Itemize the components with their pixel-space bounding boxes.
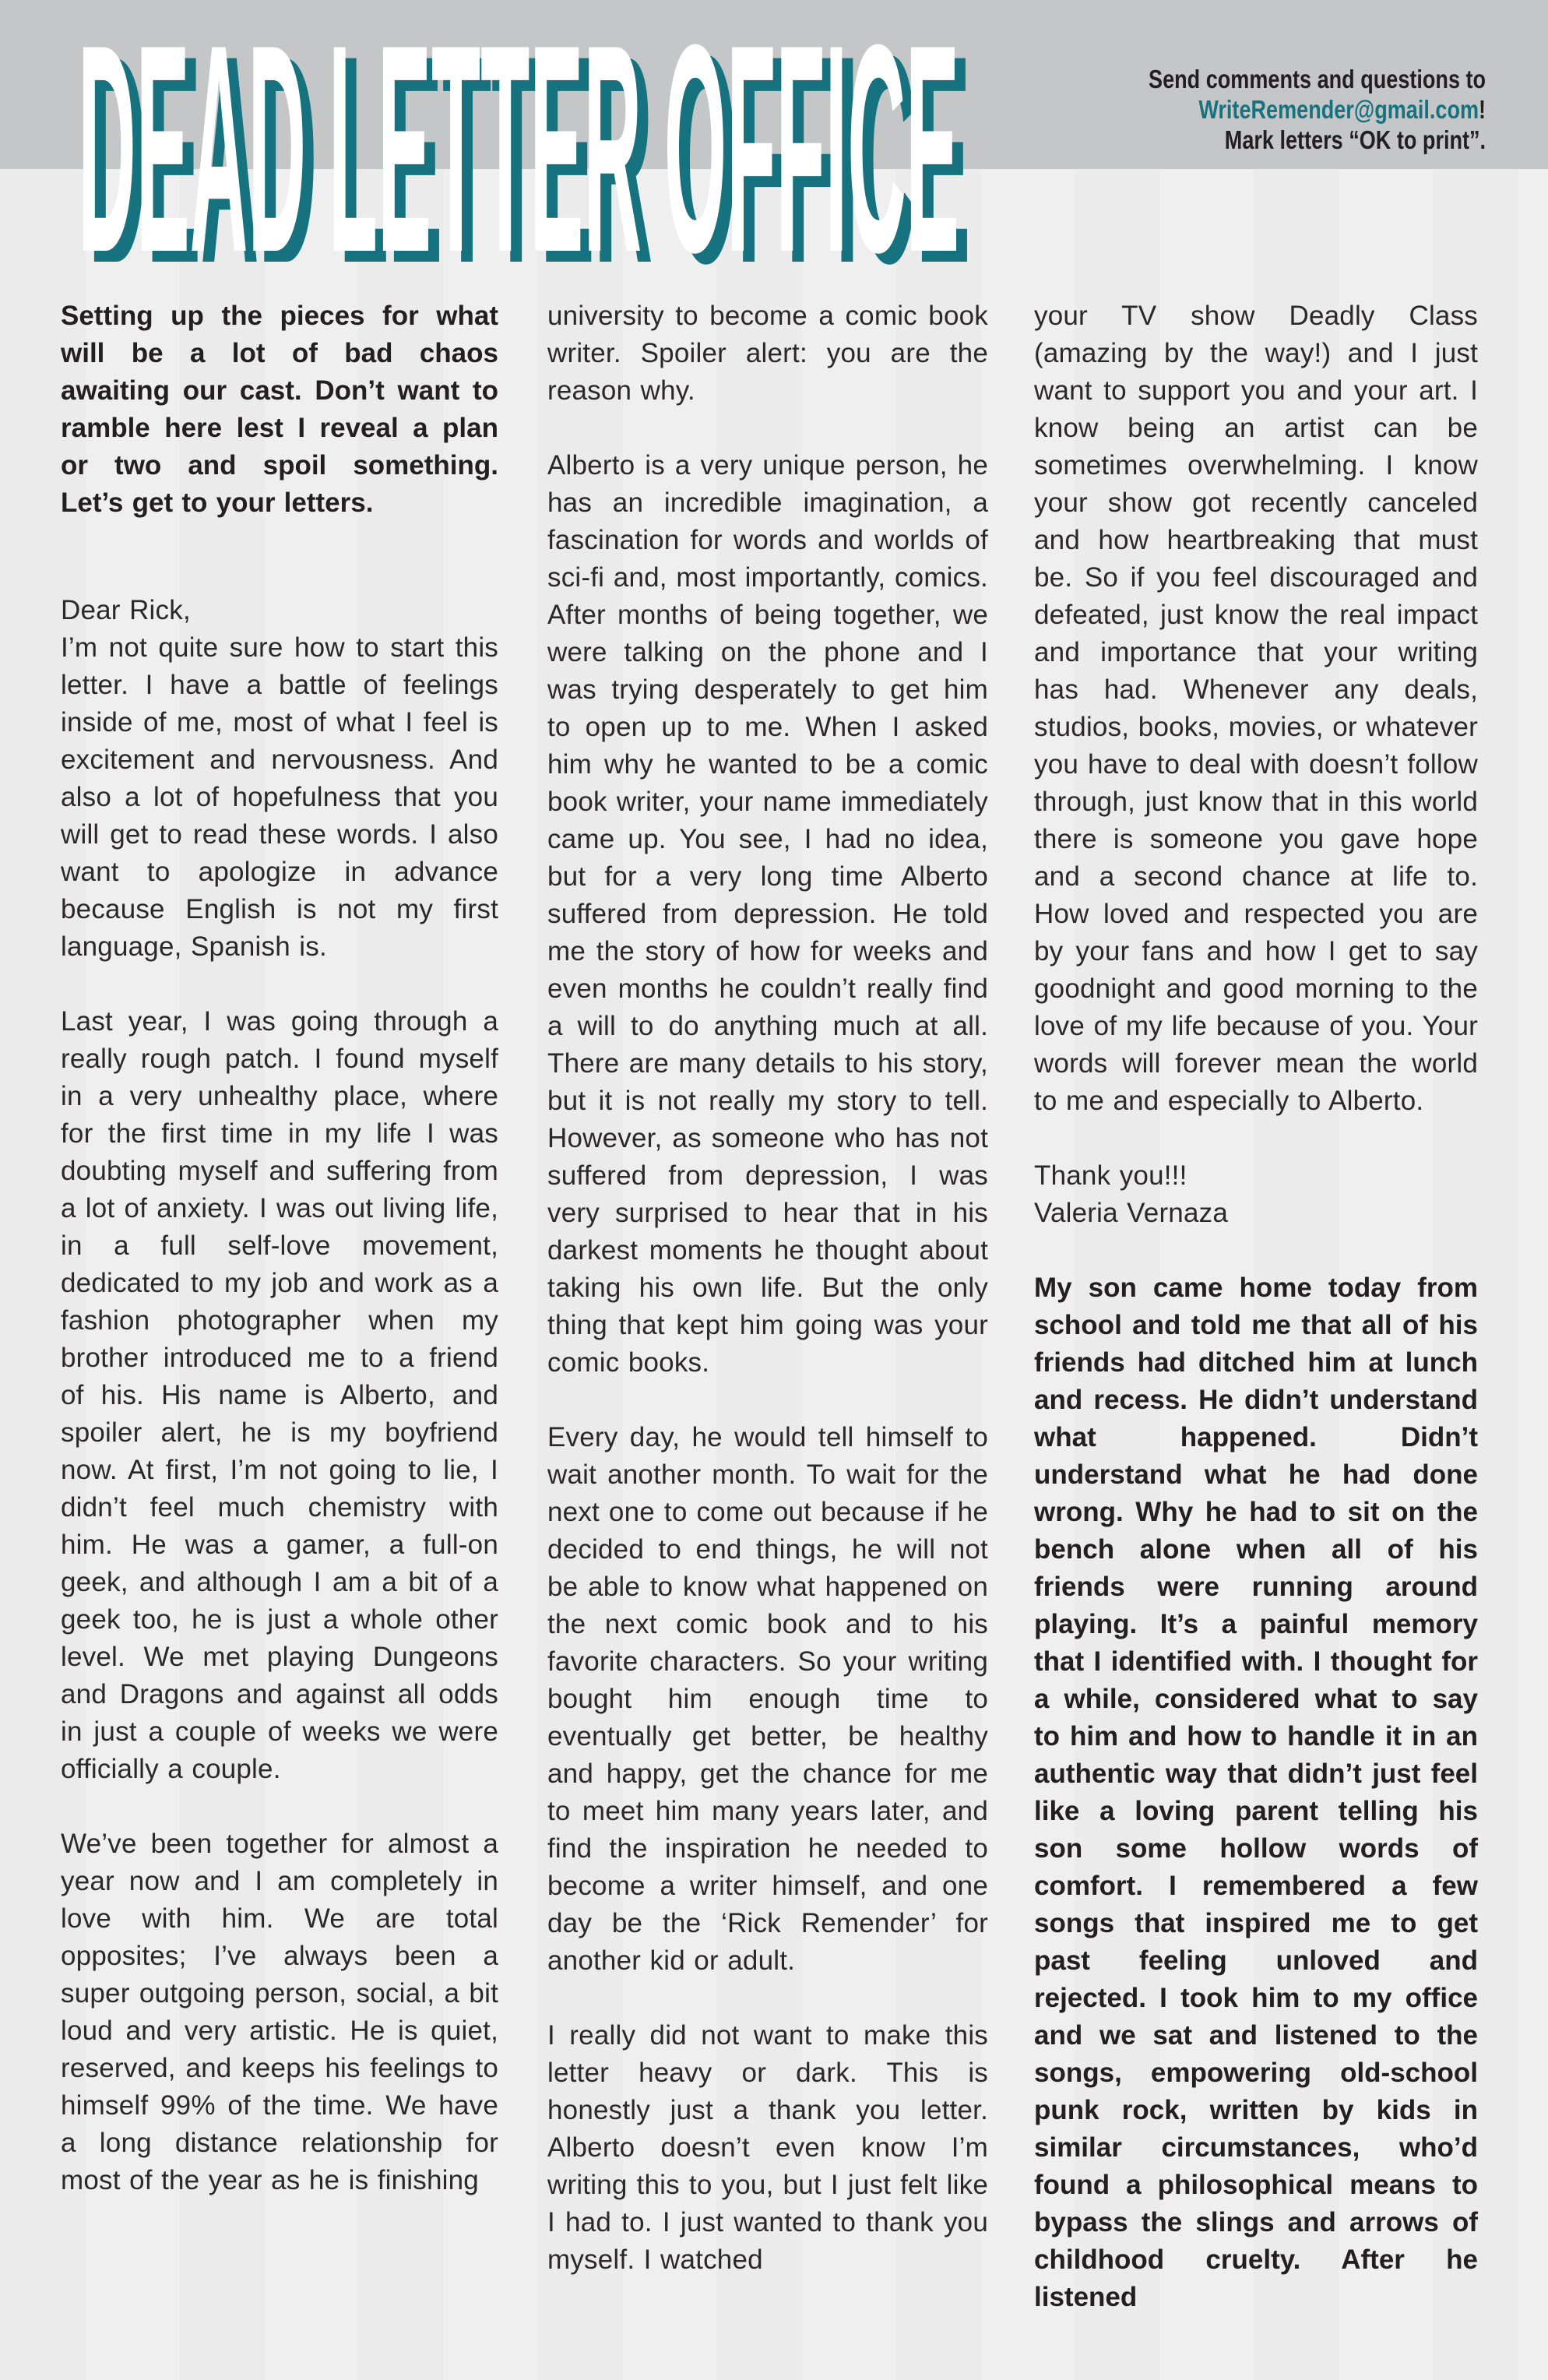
letter-column-3: your TV show Deadly Class (amazing by th… [1034,297,1478,2316]
paragraph: I really did not want to make this lette… [547,2017,988,2279]
letter-salutation: Dear Rick, [61,592,498,629]
second-letter-paragraph: My son came home today from school and t… [1034,1269,1478,2316]
contact-info: Send comments and questions to WriteReme… [1149,64,1486,155]
paragraph: I’m not quite sure how to start this let… [61,629,498,966]
contact-email-suffix: ! [1479,95,1486,124]
paragraph: Last year, I was going through a really … [61,1003,498,1788]
paragraph: Alberto is a very unique person, he has … [547,447,988,1382]
letter-closing: Thank you!!! [1034,1157,1478,1195]
page-title: DEAD LETTER OFFICE [78,0,959,296]
letter-column-1: Setting up the pieces for what will be a… [61,297,498,2199]
letter-signature: Valeria Vernaza [1034,1195,1478,1232]
paragraph-continued: your TV show Deadly Class (amazing by th… [1034,297,1478,1120]
paragraph: We’ve been together for almost a year no… [61,1825,498,2199]
page-title-logo: DEAD LETTER OFFICE DEAD LETTER OFFICE [0,0,1168,296]
letter-column-2: university to become a comic book writer… [547,297,988,2279]
contact-email: WriteRemender@gmail.com [1198,95,1479,124]
letters-page: DEAD LETTER OFFICE DEAD LETTER OFFICE Se… [0,0,1548,2380]
editor-intro: Setting up the pieces for what will be a… [61,297,498,522]
contact-line-2: WriteRemender@gmail.com! [1149,94,1486,125]
contact-line-3: Mark letters “OK to print”. [1149,125,1486,155]
contact-line-1: Send comments and questions to [1149,64,1486,94]
paragraph-continued: university to become a comic book writer… [547,297,988,410]
paragraph: Every day, he would tell himself to wait… [547,1419,988,1980]
